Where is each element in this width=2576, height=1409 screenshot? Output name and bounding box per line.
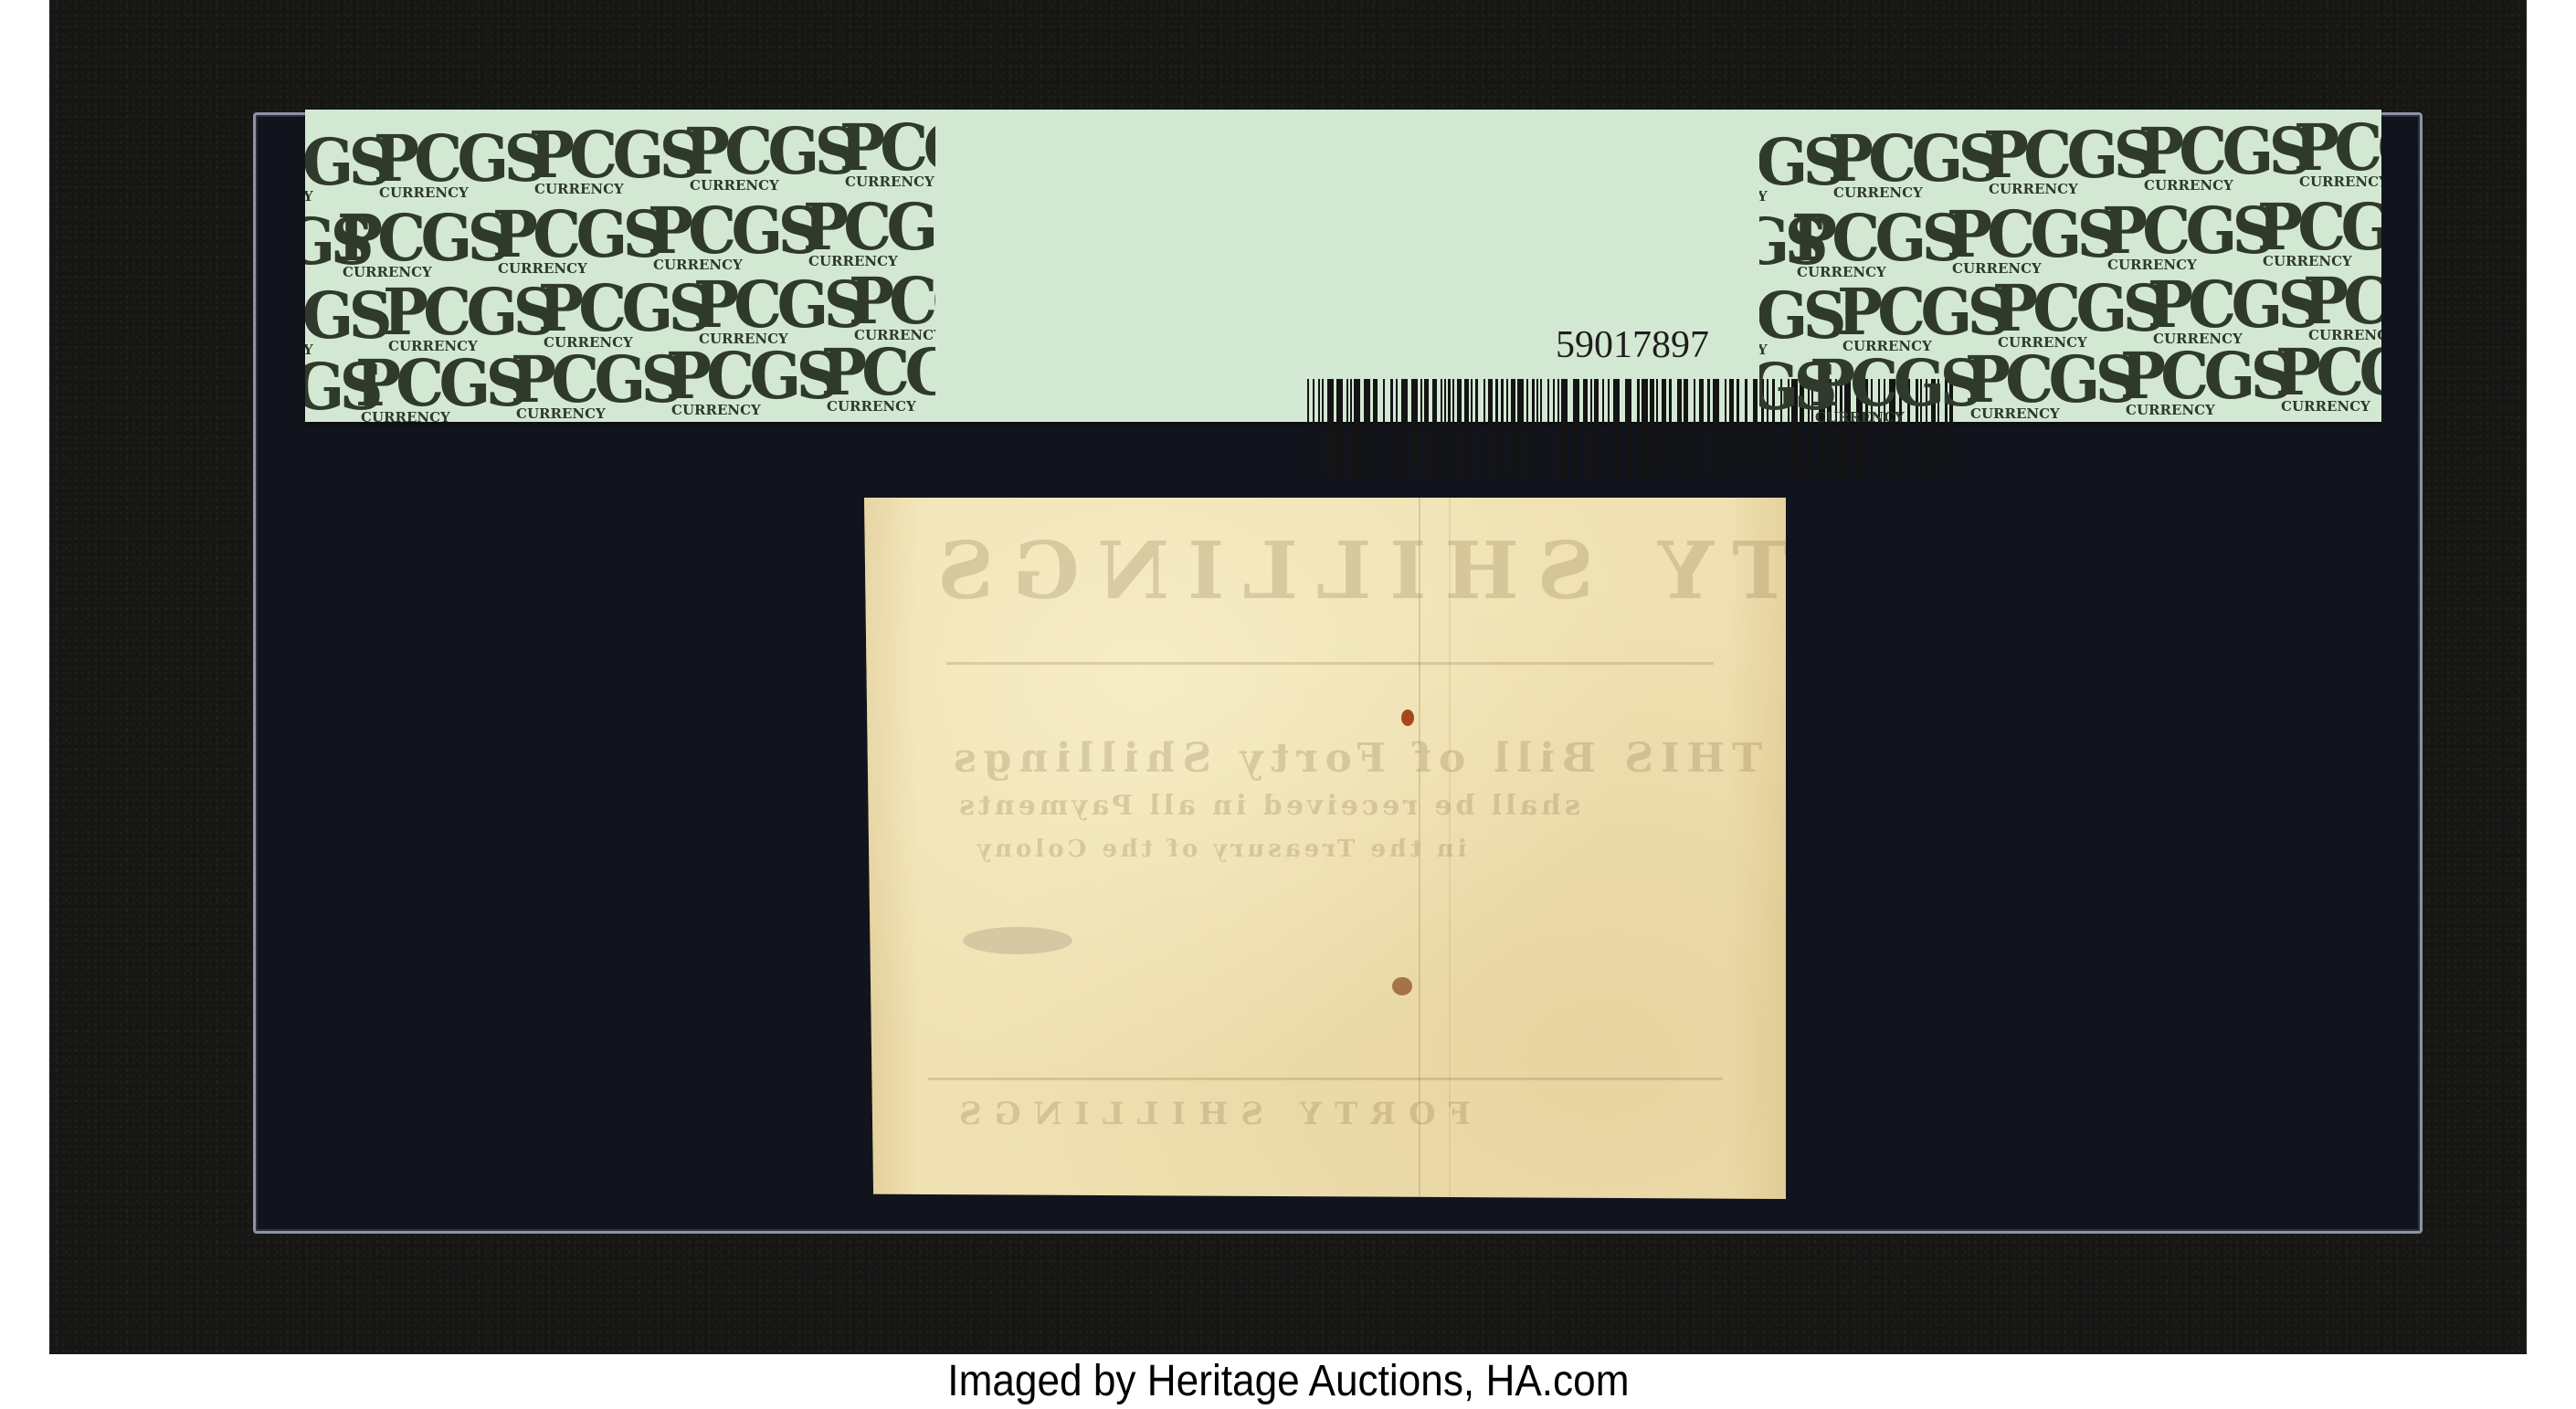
- pcgs-logo-icon: PCGSCURRENCY: [2120, 347, 2271, 418]
- pcgs-logo-icon: PCGSCURRENCY: [1791, 209, 1942, 280]
- pcgs-logo-icon: PCGSCURRENCY: [648, 202, 798, 273]
- pcgs-logo-icon: PCGSCURRENCY: [492, 205, 643, 277]
- bleed-through-line: in the Treasury of the Colony: [974, 836, 1467, 863]
- pcgs-logo-icon: PCGSCURRENCY: [1965, 351, 2116, 422]
- pcgs-logo-icon: PCGSCURRENCY: [1759, 358, 1814, 422]
- pcgs-logo-icon: PCGSCURRENCY: [374, 130, 524, 201]
- pcgs-logo-icon: PCGSCURRENCY: [1947, 205, 2097, 277]
- currency-note: FORTY SHILLINGS THIS Bill of Forty Shill…: [864, 498, 1786, 1199]
- bleed-through-rule: [928, 1078, 1723, 1080]
- pcgs-logo-pattern-right: PCGSCURRENCYPCGSCURRENCYPCGSCURRENCYPCGS…: [1759, 110, 2381, 422]
- pcgs-logo-icon: PCGSCURRENCY: [2275, 343, 2381, 415]
- pcgs-logo-icon: PCGSCURRENCY: [1828, 130, 1979, 201]
- pcgs-logo-icon: PCGSCURRENCY: [2138, 122, 2289, 194]
- bleed-through-line: THIS Bill of Forty Shillings: [946, 735, 1762, 782]
- pcgs-logo-icon: PCGSCURRENCY: [803, 198, 935, 269]
- pcgs-logo-icon: PCGSCURRENCY: [2102, 202, 2253, 273]
- pcgs-logo-icon: PCGSCURRENCY: [305, 358, 360, 422]
- pcgs-logo-pattern-left: PCGSCURRENCYPCGSCURRENCYPCGSCURRENCYPCGS…: [305, 110, 935, 422]
- pcgs-logo-icon: PCGSCURRENCY: [2257, 198, 2381, 269]
- pcgs-logo-icon: PCGSCURRENCY: [529, 126, 680, 197]
- bleed-through-bottom: FORTY SHILLINGS: [946, 1096, 1471, 1132]
- pcgs-logo-icon: PCGSCURRENCY: [849, 272, 935, 343]
- pcgs-logo-icon: PCGSCURRENCY: [1983, 126, 2134, 197]
- pcgs-logo-icon: PCGSCURRENCY: [1810, 354, 1960, 422]
- red-stain: [1401, 710, 1414, 726]
- bleed-through-line: shall be received in all Payments: [955, 790, 1580, 822]
- pcgs-logo-icon: PCGSCURRENCY: [2303, 272, 2381, 343]
- image-credit: Imaged by Heritage Auctions, HA.com: [103, 1356, 2473, 1406]
- pcgs-logo-icon: PCGSCURRENCY: [839, 119, 935, 190]
- pcgs-logo-icon: PCGSCURRENCY: [666, 347, 817, 418]
- pcgs-logo-icon: PCGSCURRENCY: [305, 133, 369, 205]
- brown-stain: [1392, 977, 1412, 995]
- bleed-through-rule: [946, 662, 1714, 665]
- pcgs-logo-icon: PCGSCURRENCY: [821, 343, 935, 415]
- footer: Imaged by Heritage Auctions, HA.com: [0, 1354, 2576, 1409]
- pcgs-logo-icon: PCGSCURRENCY: [2294, 119, 2381, 190]
- pcgs-logo-icon: PCGSCURRENCY: [511, 351, 661, 422]
- pcgs-logo-icon: PCGSCURRENCY: [1759, 133, 1823, 205]
- pcgs-label: PCGSCURRENCYPCGSCURRENCYPCGSCURRENCYPCGS…: [305, 110, 2381, 422]
- pcgs-logo-icon: PCGSCURRENCY: [684, 122, 835, 194]
- pcgs-logo-icon: PCGSCURRENCY: [337, 209, 488, 280]
- pcgs-logo-icon: PCGSCURRENCY: [355, 354, 506, 422]
- smudge: [963, 927, 1072, 954]
